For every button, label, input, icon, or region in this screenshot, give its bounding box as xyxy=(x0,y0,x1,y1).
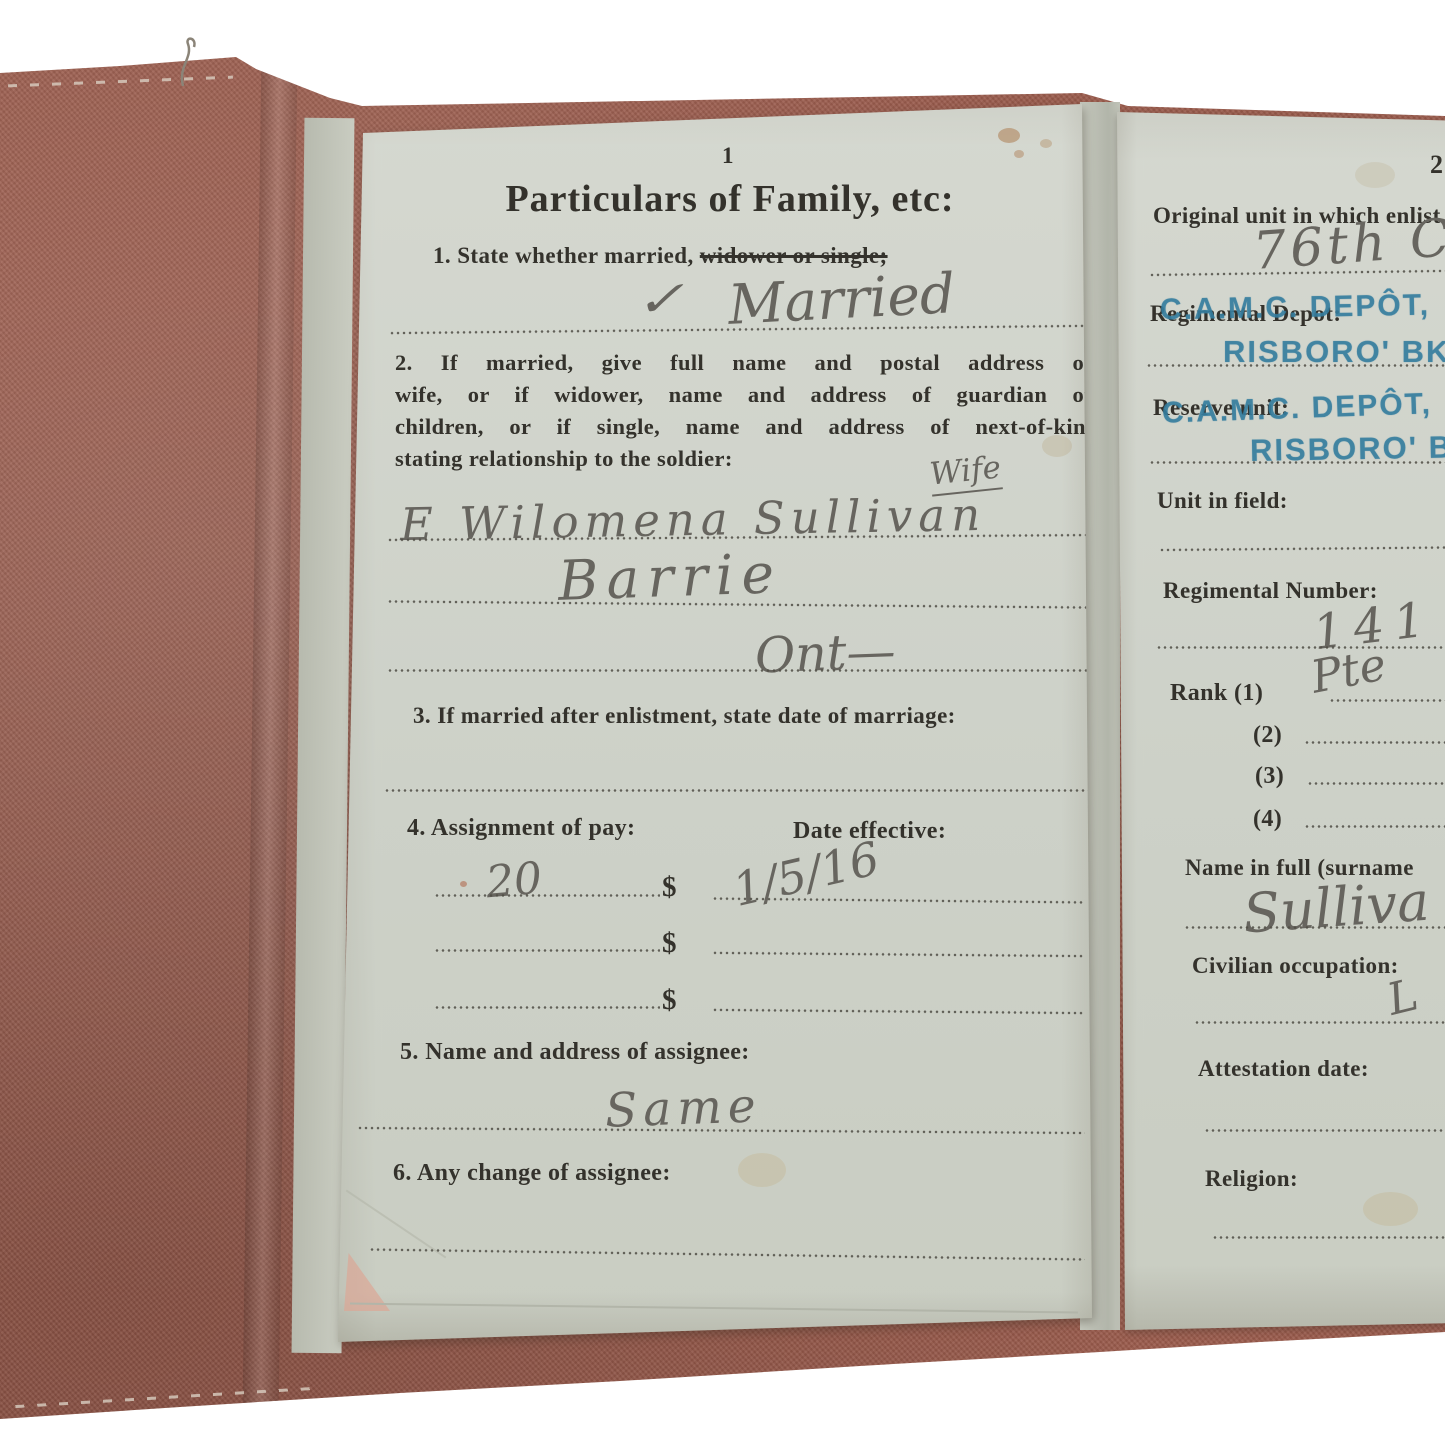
q5-label: 5. Name and address of assignee: xyxy=(400,1039,750,1066)
q2-line3: children, or if single, name and address… xyxy=(395,414,1092,440)
dotted-line xyxy=(435,949,660,952)
attestation-date-label: Attestation date: xyxy=(1198,1056,1369,1082)
right-page-shading xyxy=(1105,100,1445,1340)
q1-checkmark: ✓ xyxy=(630,272,689,328)
q1-label-plain: 1. State whether married, xyxy=(433,243,694,268)
yellow-stain xyxy=(738,1153,786,1187)
dotted-line xyxy=(388,669,1090,672)
q3-label: 3. If married after enlistment, state da… xyxy=(413,703,956,729)
rust-stain xyxy=(998,128,1020,143)
dotted-line xyxy=(435,1006,660,1009)
dotted-line xyxy=(1205,1129,1445,1132)
yellow-stain xyxy=(1363,1192,1418,1226)
dotted-line xyxy=(713,1008,1085,1014)
q2-line2: wife, or if widower, name and address of… xyxy=(395,382,1092,408)
occupation-handwriting: L xyxy=(1382,969,1423,1026)
dotted-line xyxy=(1150,461,1445,464)
q2-province-handwriting: Ont— xyxy=(754,623,896,685)
rank-2-label: (2) xyxy=(1253,722,1282,749)
photo-canvas: 1 Particulars of Family, etc: 1. State w… xyxy=(0,0,1445,1445)
q2-name-handwriting: E Wilomena Sullivan xyxy=(400,488,987,551)
reserve-stamp-line1: C.A.M.C. DEPÔT, xyxy=(1161,387,1432,430)
left-page: 1 Particulars of Family, etc: 1. State w… xyxy=(330,95,1100,1355)
page-number: 2 xyxy=(1430,150,1443,180)
dotted-line xyxy=(1330,699,1445,702)
faint-stain xyxy=(1355,162,1395,188)
dotted-line xyxy=(713,951,1085,957)
dotted-line xyxy=(370,1248,1085,1261)
rank-3-label: (3) xyxy=(1255,763,1284,790)
q2-line4: stating relationship to the soldier: xyxy=(395,446,733,472)
dotted-line xyxy=(1213,1236,1445,1239)
dotted-line xyxy=(1195,1021,1445,1024)
dollar-sign: $ xyxy=(662,984,677,1017)
dotted-line xyxy=(385,789,1090,792)
q4-label: 4. Assignment of pay: xyxy=(407,815,635,842)
right-page: 2 Original unit in which enlist 76th C R… xyxy=(1105,100,1445,1340)
q6-label: 6. Any change of assignee: xyxy=(393,1160,671,1187)
depot-stamp-line1: C.A.M.C. DEPÔT, xyxy=(1160,289,1431,328)
civilian-occupation-label: Civilian occupation: xyxy=(1192,953,1399,979)
religion-label: Religion: xyxy=(1205,1166,1298,1192)
dotted-line xyxy=(1305,741,1445,744)
dotted-line xyxy=(1185,926,1445,929)
q1-label: 1. State whether married, widower or sin… xyxy=(433,243,888,269)
dotted-line xyxy=(1147,364,1445,367)
red-speck xyxy=(460,881,467,887)
dotted-line xyxy=(1157,646,1445,649)
page-number: 1 xyxy=(722,143,734,169)
q4-amount-handwriting: 20 xyxy=(484,853,544,909)
q2-line1: 2. If married, give full name and postal… xyxy=(395,350,1092,376)
q1-label-struck: widower or single; xyxy=(700,243,888,268)
rank-4-label: (4) xyxy=(1253,806,1282,833)
unit-in-field-label: Unit in field: xyxy=(1157,488,1288,514)
dotted-line xyxy=(435,894,660,897)
name-handwriting: Sulliva xyxy=(1241,870,1431,946)
loose-thread xyxy=(175,34,219,88)
page-title: Particulars of Family, etc: xyxy=(420,177,1040,221)
dotted-line xyxy=(1160,545,1445,551)
rust-stain xyxy=(1014,150,1024,158)
rank-label: Rank (1) xyxy=(1170,680,1263,707)
dollar-sign: $ xyxy=(662,871,677,904)
dotted-line xyxy=(1305,825,1445,828)
under-sheet-edge xyxy=(350,1303,1078,1314)
dotted-line xyxy=(1308,782,1445,785)
cover-fold-crease xyxy=(243,58,298,1406)
rust-stain xyxy=(1040,139,1052,148)
dollar-sign: $ xyxy=(662,927,677,960)
regimental-number-label: Regimental Number: xyxy=(1163,578,1378,604)
